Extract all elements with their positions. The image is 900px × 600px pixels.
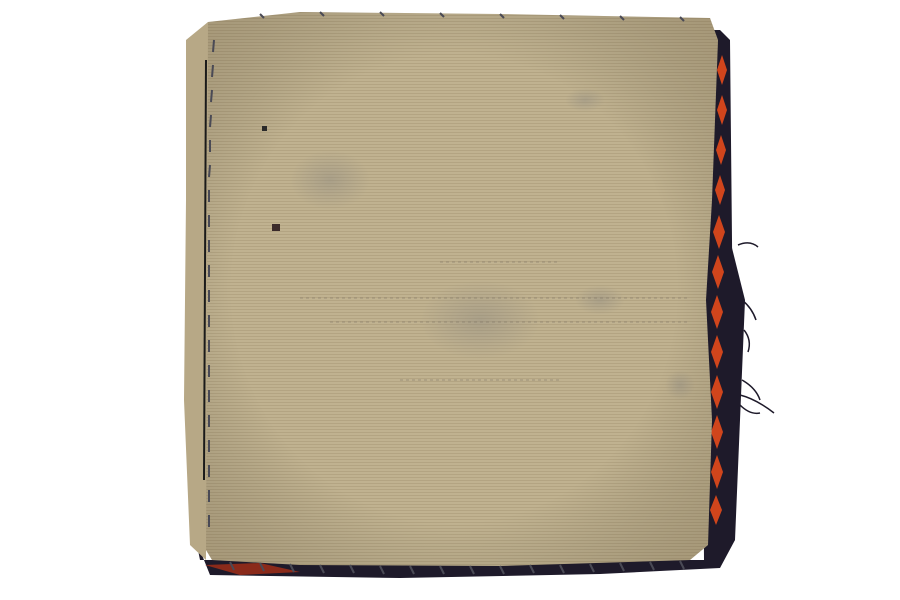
textile-field: [184, 12, 718, 566]
textile-photo: [0, 0, 900, 600]
